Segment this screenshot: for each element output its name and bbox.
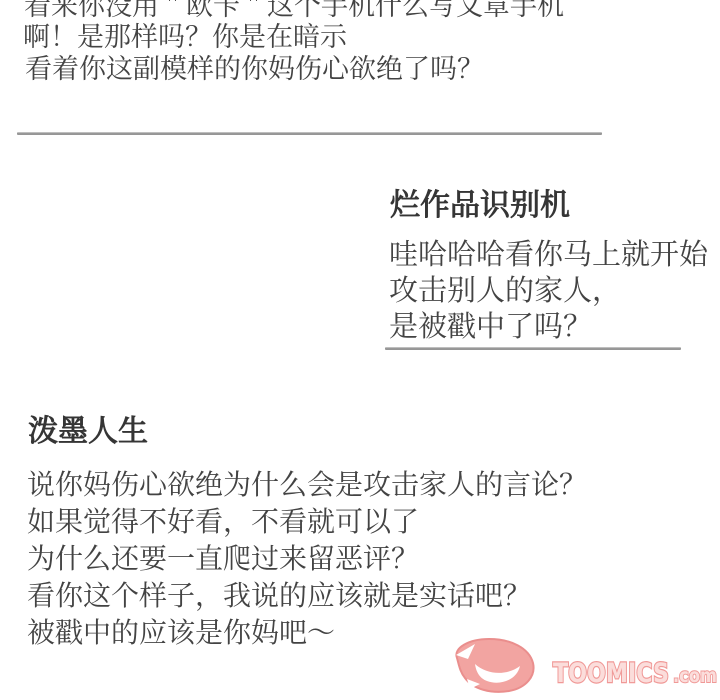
comment-text-line: 看你这个样子，我说的应该就是实话吧？ [27,574,531,614]
comment-text-line: 是被戳中了吗？ [389,304,592,345]
comment-text-line: 哇哈哈哈看你马上就开始 [389,232,708,273]
comment-divider [385,347,681,350]
toomics-watermark: TOOMICS .com [453,636,720,698]
comic-page: 看来你没用＂欧卡＂这个手机什么写文章手机 啊！是那样吗？你是在暗示 看着你这副模… [0,0,720,700]
toomics-logo: TOOMICS .com [453,636,720,698]
comment-text-line: 如果觉得不好看，不看就可以了 [27,500,419,540]
toomics-mascot-icon [456,639,534,692]
comment-text-line: 攻击别人的家人， [389,268,621,309]
comment-author: 烂作品识别机 [390,180,570,224]
toomics-wordmark: TOOMICS [553,658,669,689]
toomics-wordmark-suffix: .com [673,665,717,687]
comment-author: 泼墨人生 [28,406,148,450]
comment-text-line: 看着你这副模样的你妈伤心欲绝了吗？ [25,47,484,86]
comment-divider [17,132,602,135]
comment-text-line: 说你妈伤心欲绝为什么会是攻击家人的言论？ [27,463,587,503]
comment-text-line: 为什么还要一直爬过来留恶评？ [27,537,419,577]
comment-text-line: 被戳中的应该是你妈吧～ [27,611,335,651]
